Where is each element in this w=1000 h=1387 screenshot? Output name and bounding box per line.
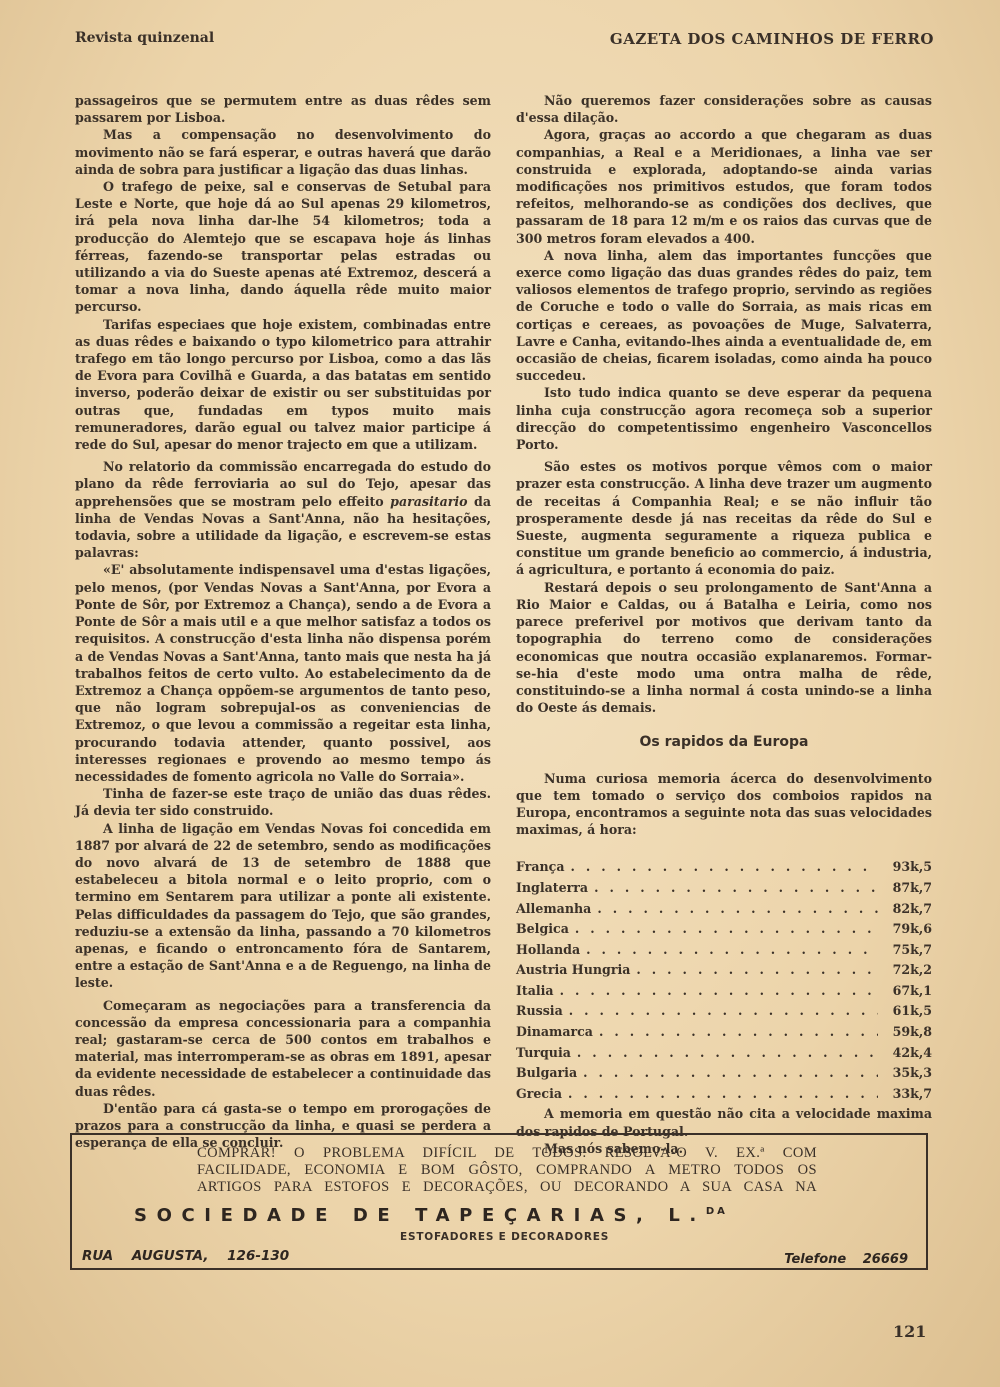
- paragraph: Mas a compensação no desenvolvimento do …: [75, 126, 491, 178]
- leader-dots: ........................................: [636, 961, 878, 978]
- leader-dots: ........................................: [597, 900, 878, 917]
- speed-value: 33k,7: [892, 1085, 932, 1102]
- quotation-paragraph: «E' absolutamente indispensavel uma d'es…: [75, 561, 491, 785]
- speed-value: 79k,6: [892, 920, 932, 937]
- speed-row: Grecia..................................…: [516, 1085, 932, 1106]
- italic-term: parasitario: [390, 494, 467, 509]
- speed-value: 67k,1: [892, 982, 932, 999]
- ad-line: COMPRAR! O PROBLEMA DIFÍCIL DE TODOS. RE…: [197, 1145, 817, 1162]
- leader-dots: ........................................: [560, 982, 878, 999]
- ad-line: ARTIGOS PARA ESTOFOS E DECORAÇÕES, OU DE…: [197, 1179, 817, 1196]
- paragraph: passageiros que se permutem entre as dua…: [75, 92, 491, 126]
- paragraph: Isto tudo indica quanto se deve esperar …: [516, 384, 932, 453]
- speed-row: França..................................…: [516, 858, 932, 879]
- running-head-right: GAZETA DOS CAMINHOS DE FERRO: [610, 30, 934, 48]
- speed-row: Bulgaria................................…: [516, 1064, 932, 1085]
- leader-dots: ........................................: [594, 879, 878, 896]
- speed-row: Russia..................................…: [516, 1002, 932, 1023]
- ad-copy: COMPRAR! O PROBLEMA DIFÍCIL DE TODOS. RE…: [197, 1145, 817, 1196]
- speed-value: 42k,4: [892, 1044, 932, 1061]
- paragraph: Tarifas especiaes que hoje existem, comb…: [75, 316, 491, 454]
- speed-row: Hollanda................................…: [516, 941, 932, 962]
- speed-country: Dinamarca: [516, 1023, 593, 1040]
- speed-country: Russia: [516, 1002, 563, 1019]
- advertisement: COMPRAR! O PROBLEMA DIFÍCIL DE TODOS. RE…: [70, 1133, 928, 1270]
- speed-value: 72k,2: [892, 961, 932, 978]
- paragraph: Tinha de fazer-se este traço de união da…: [75, 785, 491, 819]
- speed-row: Allemanha...............................…: [516, 900, 932, 921]
- speed-row: Inglaterra..............................…: [516, 879, 932, 900]
- leader-dots: ........................................: [571, 858, 879, 875]
- ad-phone: Telefone 26669: [784, 1252, 908, 1267]
- speed-row: Belgica.................................…: [516, 920, 932, 941]
- speed-country: Bulgaria: [516, 1064, 577, 1081]
- paragraph: Começaram as negociações para a transfer…: [75, 997, 491, 1100]
- speed-value: 61k,5: [892, 1002, 932, 1019]
- speed-value: 75k,7: [892, 941, 932, 958]
- speed-row: Italia..................................…: [516, 982, 932, 1003]
- leader-dots: ........................................: [569, 1002, 878, 1019]
- speed-country: Austria Hungria: [516, 961, 630, 978]
- ad-company-name: SOCIEDADE DE TAPEÇARIAS, L.DA: [134, 1205, 874, 1226]
- leader-dots: ........................................: [575, 920, 878, 937]
- leader-dots: ........................................: [577, 1044, 878, 1061]
- running-head-left: Revista quinzenal: [75, 30, 214, 46]
- left-column: passageiros que se permutem entre as dua…: [75, 92, 491, 1151]
- speed-country: Italia: [516, 982, 554, 999]
- speed-country: Turquia: [516, 1044, 571, 1061]
- paragraph: Não queremos fazer considerações sobre a…: [516, 92, 932, 126]
- speed-table: França..................................…: [516, 858, 932, 1105]
- speed-country: Hollanda: [516, 941, 580, 958]
- speed-value: 35k,3: [892, 1064, 932, 1081]
- speed-row: Turquia.................................…: [516, 1044, 932, 1065]
- speed-country: Inglaterra: [516, 879, 588, 896]
- speed-value: 59k,8: [892, 1023, 932, 1040]
- speed-value: 87k,7: [892, 879, 932, 896]
- paragraph: O trafego de peixe, sal e conservas de S…: [75, 178, 491, 316]
- speed-country: Belgica: [516, 920, 569, 937]
- ad-line: FACILIDADE, ECONOMIA E BOM GÔSTO, COMPRA…: [197, 1162, 817, 1179]
- magazine-page: Revista quinzenal GAZETA DOS CAMINHOS DE…: [0, 0, 1000, 1387]
- paragraph: São estes os motivos porque vêmos com o …: [516, 458, 932, 578]
- speed-country: Grecia: [516, 1085, 562, 1102]
- right-column: Não queremos fazer considerações sobre a…: [516, 92, 932, 1157]
- speed-value: 82k,7: [892, 900, 932, 917]
- paragraph: Restará depois o seu prolongamento de Sa…: [516, 579, 932, 717]
- paragraph: Agora, graças ao accordo a que chegaram …: [516, 126, 932, 246]
- ad-address: RUA AUGUSTA, 126-130: [82, 1248, 289, 1264]
- speed-row: Austria Hungria.........................…: [516, 961, 932, 982]
- leader-dots: ........................................: [583, 1064, 878, 1081]
- speed-country: França: [516, 858, 565, 875]
- leader-dots: ........................................: [599, 1023, 878, 1040]
- section-intro: Numa curiosa memoria ácerca do desenvolv…: [516, 770, 932, 839]
- paragraph: No relatorio da commissão encarregada do…: [75, 458, 491, 561]
- speed-country: Allemanha: [516, 900, 591, 917]
- leader-dots: ........................................: [568, 1085, 878, 1102]
- speed-value: 93k,5: [892, 858, 932, 875]
- ad-subtitle: ESTOFADORES E DECORADORES: [400, 1231, 609, 1243]
- paragraph: A nova linha, alem das importantes funcç…: [516, 247, 932, 385]
- page-number: 121: [893, 1322, 926, 1341]
- leader-dots: ........................................: [586, 941, 878, 958]
- speed-row: Dinamarca...............................…: [516, 1023, 932, 1044]
- paragraph: A linha de ligação em Vendas Novas foi c…: [75, 820, 491, 992]
- section-title: Os rapidos da Europa: [516, 734, 932, 751]
